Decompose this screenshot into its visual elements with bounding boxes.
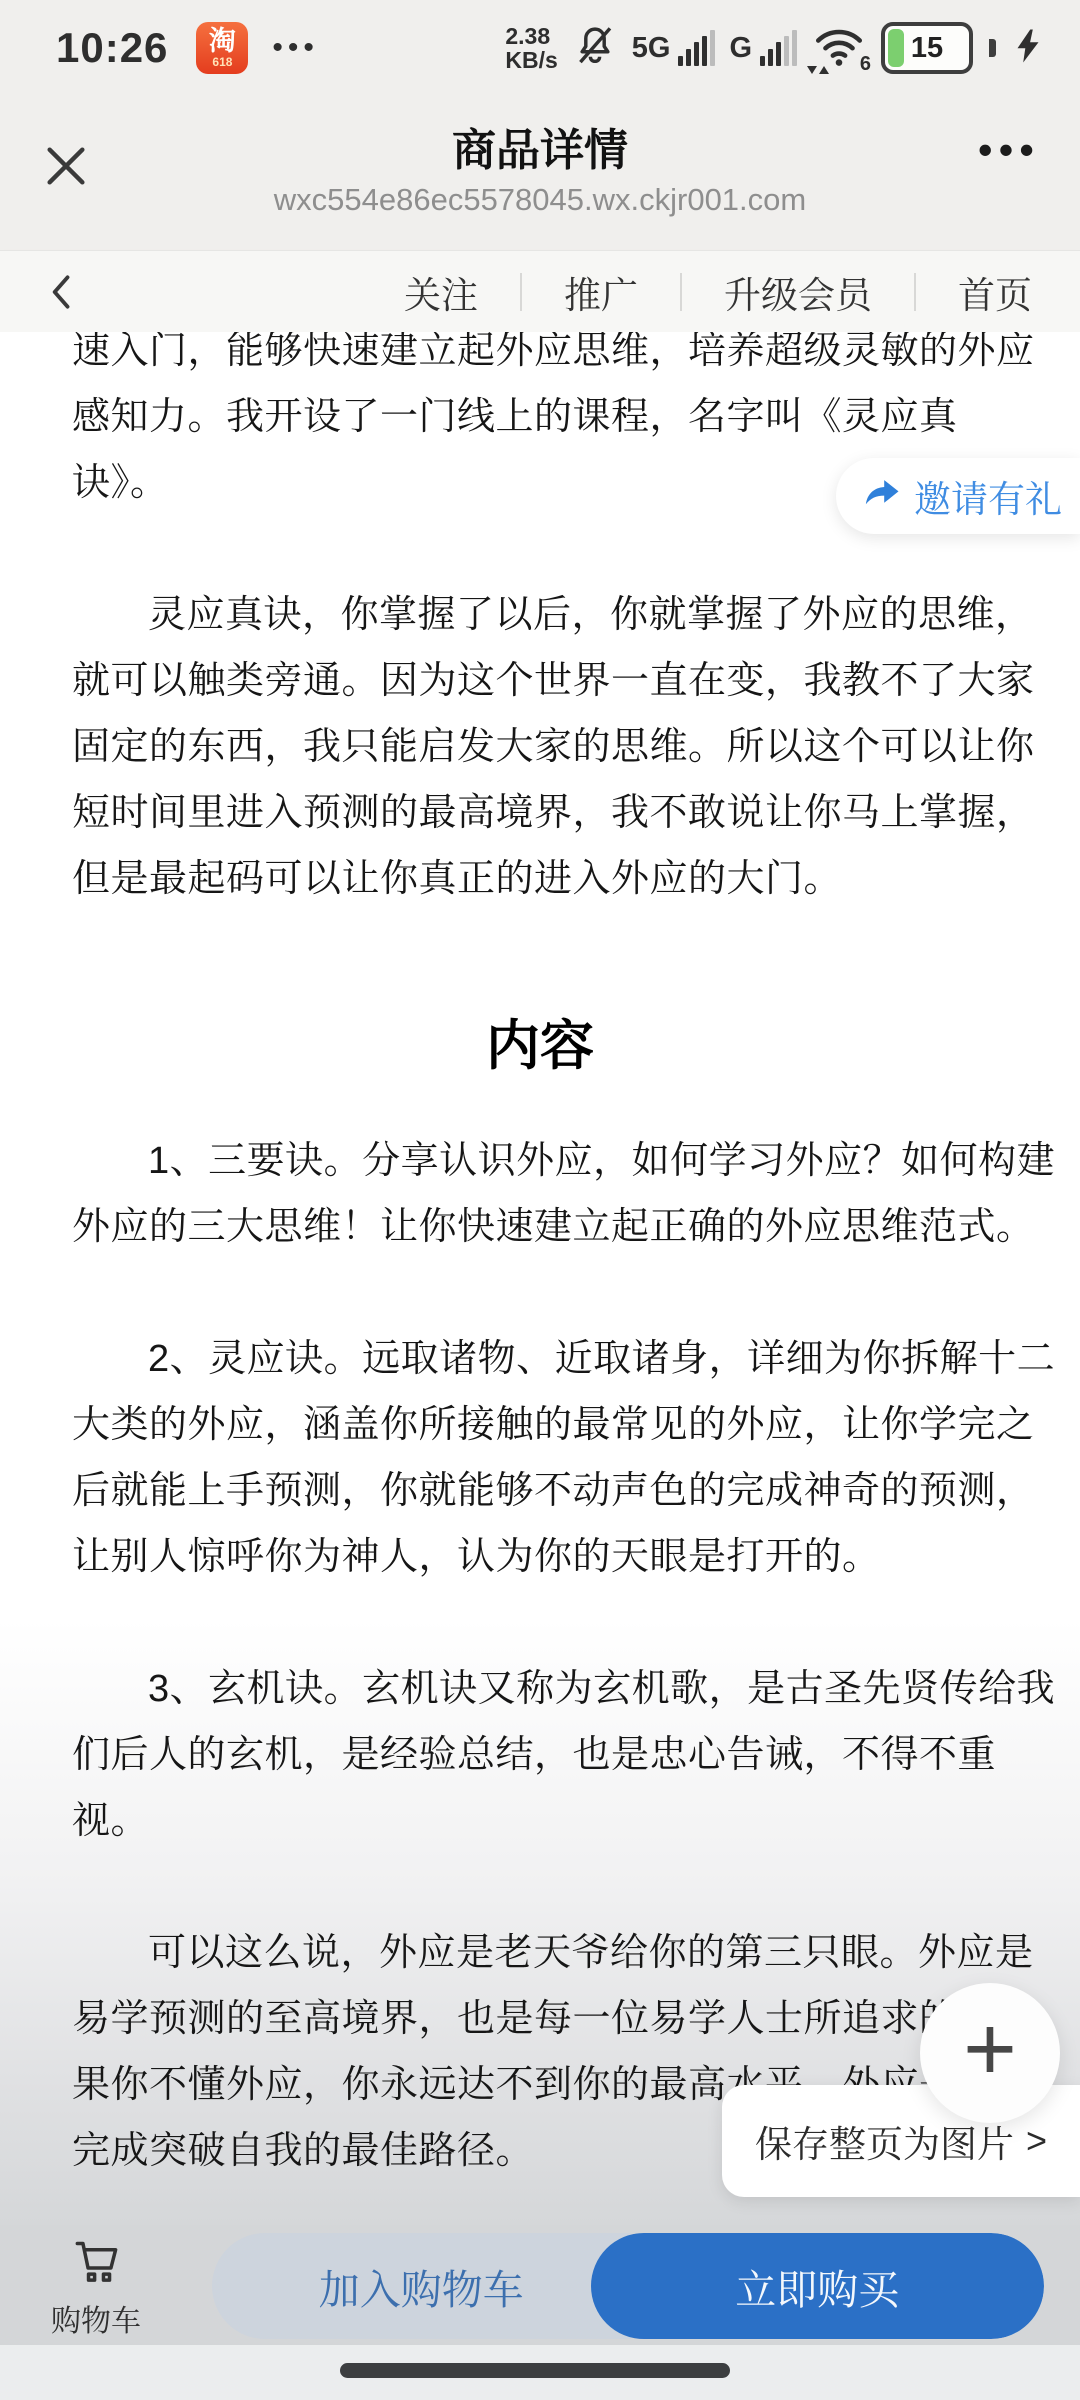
text-line: 视。 (72, 1788, 1008, 1854)
text-line: 感知力。我开设了一门线上的课程，名字叫《灵应真 (72, 384, 1008, 450)
plus-fab-button[interactable]: + (920, 1983, 1060, 2123)
cart-icon (68, 2233, 124, 2294)
paragraph: 3、玄机诀。玄机诀又称为玄机歌，是古圣先贤传给我们后人的玄机，是经验总结，也是忠… (72, 1656, 1008, 1854)
text-line: 们后人的玄机，是经验总结，也是忠心告诫，不得不重 (72, 1722, 1008, 1788)
text-line: 就可以触类旁通。因为这个世界一直在变，我教不了大家 (72, 648, 1008, 714)
status-icons: 2.38 KB/s 5G G (505, 22, 1046, 74)
text-line: 3、玄机诀。玄机诀又称为玄机歌，是古圣先贤传给我 (72, 1656, 1008, 1722)
invite-reward-label: 邀请有礼 (914, 469, 1062, 523)
content-heading: 内容 (72, 1008, 1008, 1084)
back-chevron-icon[interactable] (40, 270, 84, 314)
sim1-signal-icon (678, 30, 715, 66)
purchase-bar: 购物车 加入购物车 立即购买 (0, 2225, 1080, 2345)
text-line: 1、三要诀。分享认识外应，如何学习外应？如何构建 (72, 1128, 1008, 1194)
page-url: wxc554e86ec5578045.wx.ckjr001.com (0, 182, 1080, 218)
nav-item-home[interactable]: 首页 (916, 265, 1040, 319)
chevron-right-icon: > (1026, 2120, 1047, 2162)
float-window-dots-icon[interactable]: ••• (272, 31, 319, 65)
plus-icon: + (963, 1997, 1017, 2102)
nav-item-follow[interactable]: 关注 (362, 265, 520, 319)
site-navbar: 关注 推广 升级会员 首页 (0, 250, 1080, 332)
nav-items: 关注 推广 升级会员 首页 (362, 265, 1040, 319)
text-line: 外应的三大思维！让你快速建立起正确的外应思维范式。 (72, 1194, 1008, 1260)
clock: 10:26 (56, 24, 168, 72)
text-line: 但是最起码可以让你真正的进入外应的大门。 (72, 846, 1008, 912)
cart-label: 购物车 (51, 2296, 141, 2340)
mute-bell-icon (572, 23, 618, 74)
add-to-cart-button[interactable]: 加入购物车 (212, 2233, 631, 2339)
page-title: 商品详情 (0, 114, 1080, 178)
text-line: 2、灵应诀。远取诸物、近取诸身，详细为你拆解十二 (72, 1326, 1008, 1392)
wifi-icon: 6 (811, 22, 867, 74)
share-arrow-icon (860, 472, 904, 521)
taobao-char: 淘 (209, 28, 236, 55)
status-bar: 10:26 淘 618 ••• 2.38 KB/s 5G (0, 0, 1080, 90)
taobao-float-icon[interactable]: 淘 618 (196, 22, 248, 74)
network-speed-unit: KB/s (505, 48, 557, 72)
top-band: 10:26 淘 618 ••• 2.38 KB/s 5G (0, 0, 1080, 250)
text-line: 让别人惊呼你为神人，认为你的天眼是打开的。 (72, 1524, 1008, 1590)
text-line: 大类的外应，涵盖你所接触的最常见的外应，让你学完之 (72, 1392, 1008, 1458)
sim2-signal-icon (760, 30, 797, 66)
battery-icon: 15 (881, 22, 973, 74)
text-line: 固定的东西，我只能启发大家的思维。所以这个可以让你 (72, 714, 1008, 780)
cart-button[interactable]: 购物车 (36, 2233, 156, 2340)
battery-percent: 15 (911, 32, 943, 65)
text-line: 后就能上手预测，你就能够不动声色的完成神奇的预测， (72, 1458, 1008, 1524)
purchase-buttons: 加入购物车 立即购买 (212, 2233, 1044, 2339)
webview-header: 商品详情 wxc554e86ec5578045.wx.ckjr001.com •… (0, 90, 1080, 250)
home-indicator[interactable] (340, 2363, 730, 2378)
sim2-network-label: G (729, 32, 752, 65)
text-line: 短时间里进入预测的最高境界，我不敢说让你马上掌握， (72, 780, 1008, 846)
text-line: 可以这么说，外应是老天爷给你的第三只眼。外应是 (72, 1920, 1008, 1986)
wifi-traffic-arrows-icon (807, 66, 829, 74)
paragraph: 2、灵应诀。远取诸物、近取诸身，详细为你拆解十二大类的外应，涵盖你所接触的最常见… (72, 1326, 1008, 1590)
paragraph: 灵应真诀，你掌握了以后，你就掌握了外应的思维，就可以触类旁通。因为这个世界一直在… (72, 582, 1008, 912)
sim1-network-label: 5G (632, 32, 671, 65)
taobao-badge: 618 (212, 56, 232, 68)
text-line: 速入门，能够快速建立起外应思维，培养超级灵敏的外应 (72, 332, 1008, 384)
nav-item-upgrade-member[interactable]: 升级会员 (682, 265, 914, 319)
paragraph: 1、三要诀。分享认识外应，如何学习外应？如何构建外应的三大思维！让你快速建立起正… (72, 1128, 1008, 1260)
text-line: 易学预测的至高境界，也是每一位易学人士所追求的 (72, 1986, 1008, 2052)
article: 速入门，能够快速建立起外应思维，培养超级灵敏的外应感知力。我开设了一门线上的课程… (0, 332, 1080, 2225)
save-page-label: 保存整页为图片 (755, 2114, 1014, 2168)
phone-screen: 10:26 淘 618 ••• 2.38 KB/s 5G (0, 0, 1080, 2400)
more-menu-icon[interactable]: ••• (978, 126, 1040, 174)
charging-bolt-icon (1010, 26, 1046, 71)
nav-item-promote[interactable]: 推广 (522, 265, 680, 319)
wifi6-label: 6 (860, 53, 871, 76)
gesture-area (0, 2345, 1080, 2400)
network-speed: 2.38 KB/s (505, 24, 557, 72)
buy-now-button[interactable]: 立即购买 (591, 2233, 1044, 2339)
battery-nub (989, 39, 996, 57)
invite-reward-button[interactable]: 邀请有礼 (836, 458, 1080, 534)
network-speed-value: 2.38 (505, 24, 557, 48)
battery-fill (888, 29, 904, 67)
text-line: 灵应真诀，你掌握了以后，你就掌握了外应的思维， (72, 582, 1008, 648)
